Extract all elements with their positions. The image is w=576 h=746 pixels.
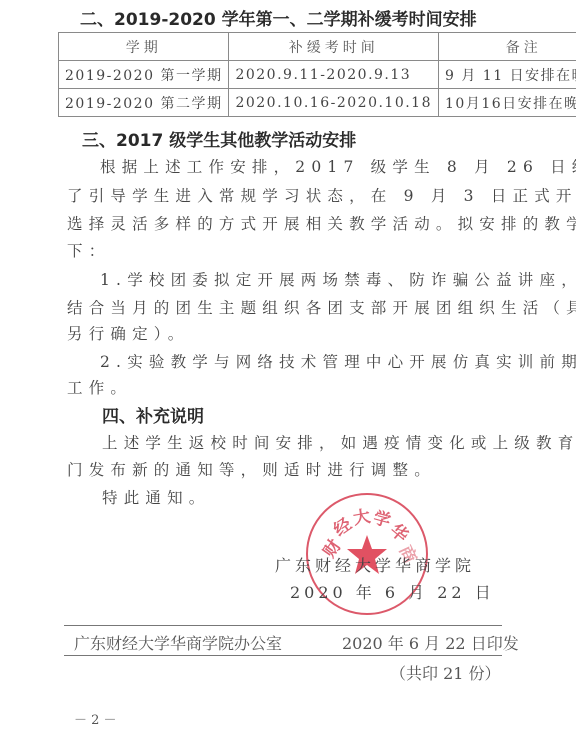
list-item-line: 工作。 bbox=[67, 376, 132, 398]
list-item-line: 另行确定）。 bbox=[67, 322, 189, 344]
copies-count: （共印 21 份） bbox=[390, 661, 501, 684]
header-semester: 学期 bbox=[59, 33, 229, 61]
footer-top-rule bbox=[64, 625, 502, 626]
paragraph-line: 根据上述工作安排，2017 级学生 8 月 26 日结束考试。为 bbox=[100, 155, 576, 177]
paragraph-line: 门发布新的通知等，则适时进行调整。 bbox=[67, 458, 436, 480]
page-number: － 2 － bbox=[74, 709, 117, 728]
header-remarks: 备注 bbox=[439, 33, 576, 61]
issue-date: 2020 年 6 月 22 日印发 bbox=[342, 631, 519, 654]
cell-semester: 2019-2020 第二学期 bbox=[59, 89, 229, 117]
paragraph-line: 下： bbox=[67, 239, 110, 261]
cell-exam-time: 2020.9.11-2020.9.13 bbox=[229, 61, 439, 89]
paragraph-line: 选择灵活多样的方式开展相关教学活动。拟安排的教学活动如 bbox=[67, 212, 576, 234]
makeup-exam-table: 学期 补缓考时间 备注 2019-2020 第一学期 2020.9.11-202… bbox=[58, 32, 576, 117]
signature-org: 广东财经大学华商学院 bbox=[275, 553, 475, 576]
closing-text: 特此通知。 bbox=[102, 486, 211, 508]
table-row: 2019-2020 第二学期 2020.10.16-2020.10.18 10月… bbox=[59, 89, 576, 117]
list-item-line: 结合当月的团生主题组织各团支部开展团组织生活（具体时间 bbox=[67, 296, 576, 318]
footer-bottom-rule bbox=[64, 655, 502, 656]
list-item-line: 2.实验教学与网络技术管理中心开展仿真实训前期相关 bbox=[100, 350, 576, 372]
header-exam-time: 补缓考时间 bbox=[229, 33, 439, 61]
paragraph-line: 上述学生返校时间安排，如遇疫情变化或上级教育主管部 bbox=[102, 431, 576, 453]
table-header-row: 学期 补缓考时间 备注 bbox=[59, 33, 576, 61]
paragraph-line: 了引导学生进入常规学习状态，在 9 月 3 日正式开始上课前， bbox=[67, 184, 576, 206]
seal-char: 学 bbox=[371, 503, 394, 532]
seal-char: 大 bbox=[351, 502, 372, 530]
list-item-line: 1.学校团委拟定开展两场禁毒、防诈骗公益讲座，同时将 bbox=[100, 268, 576, 290]
table-row: 2019-2020 第一学期 2020.9.11-2020.9.13 9 月 1… bbox=[59, 61, 576, 89]
section-heading-teaching-activities: 三、2017 级学生其他教学活动安排 bbox=[82, 126, 356, 151]
signature-date: 2020 年 6 月 22 日 bbox=[290, 580, 495, 603]
issuing-office: 广东财经大学华商学院办公室 bbox=[74, 631, 282, 654]
cell-semester: 2019-2020 第一学期 bbox=[59, 61, 229, 89]
cell-remarks: 10月16日安排在晚上 bbox=[439, 89, 576, 117]
cell-exam-time: 2020.10.16-2020.10.18 bbox=[229, 89, 439, 117]
cell-remarks: 9 月 11 日安排在晚上 bbox=[439, 61, 576, 89]
section-heading-exam-schedule: 二、2019-2020 学年第一、二学期补缓考时间安排 bbox=[80, 5, 477, 30]
section-heading-supplementary: 四、补充说明 bbox=[102, 402, 204, 427]
